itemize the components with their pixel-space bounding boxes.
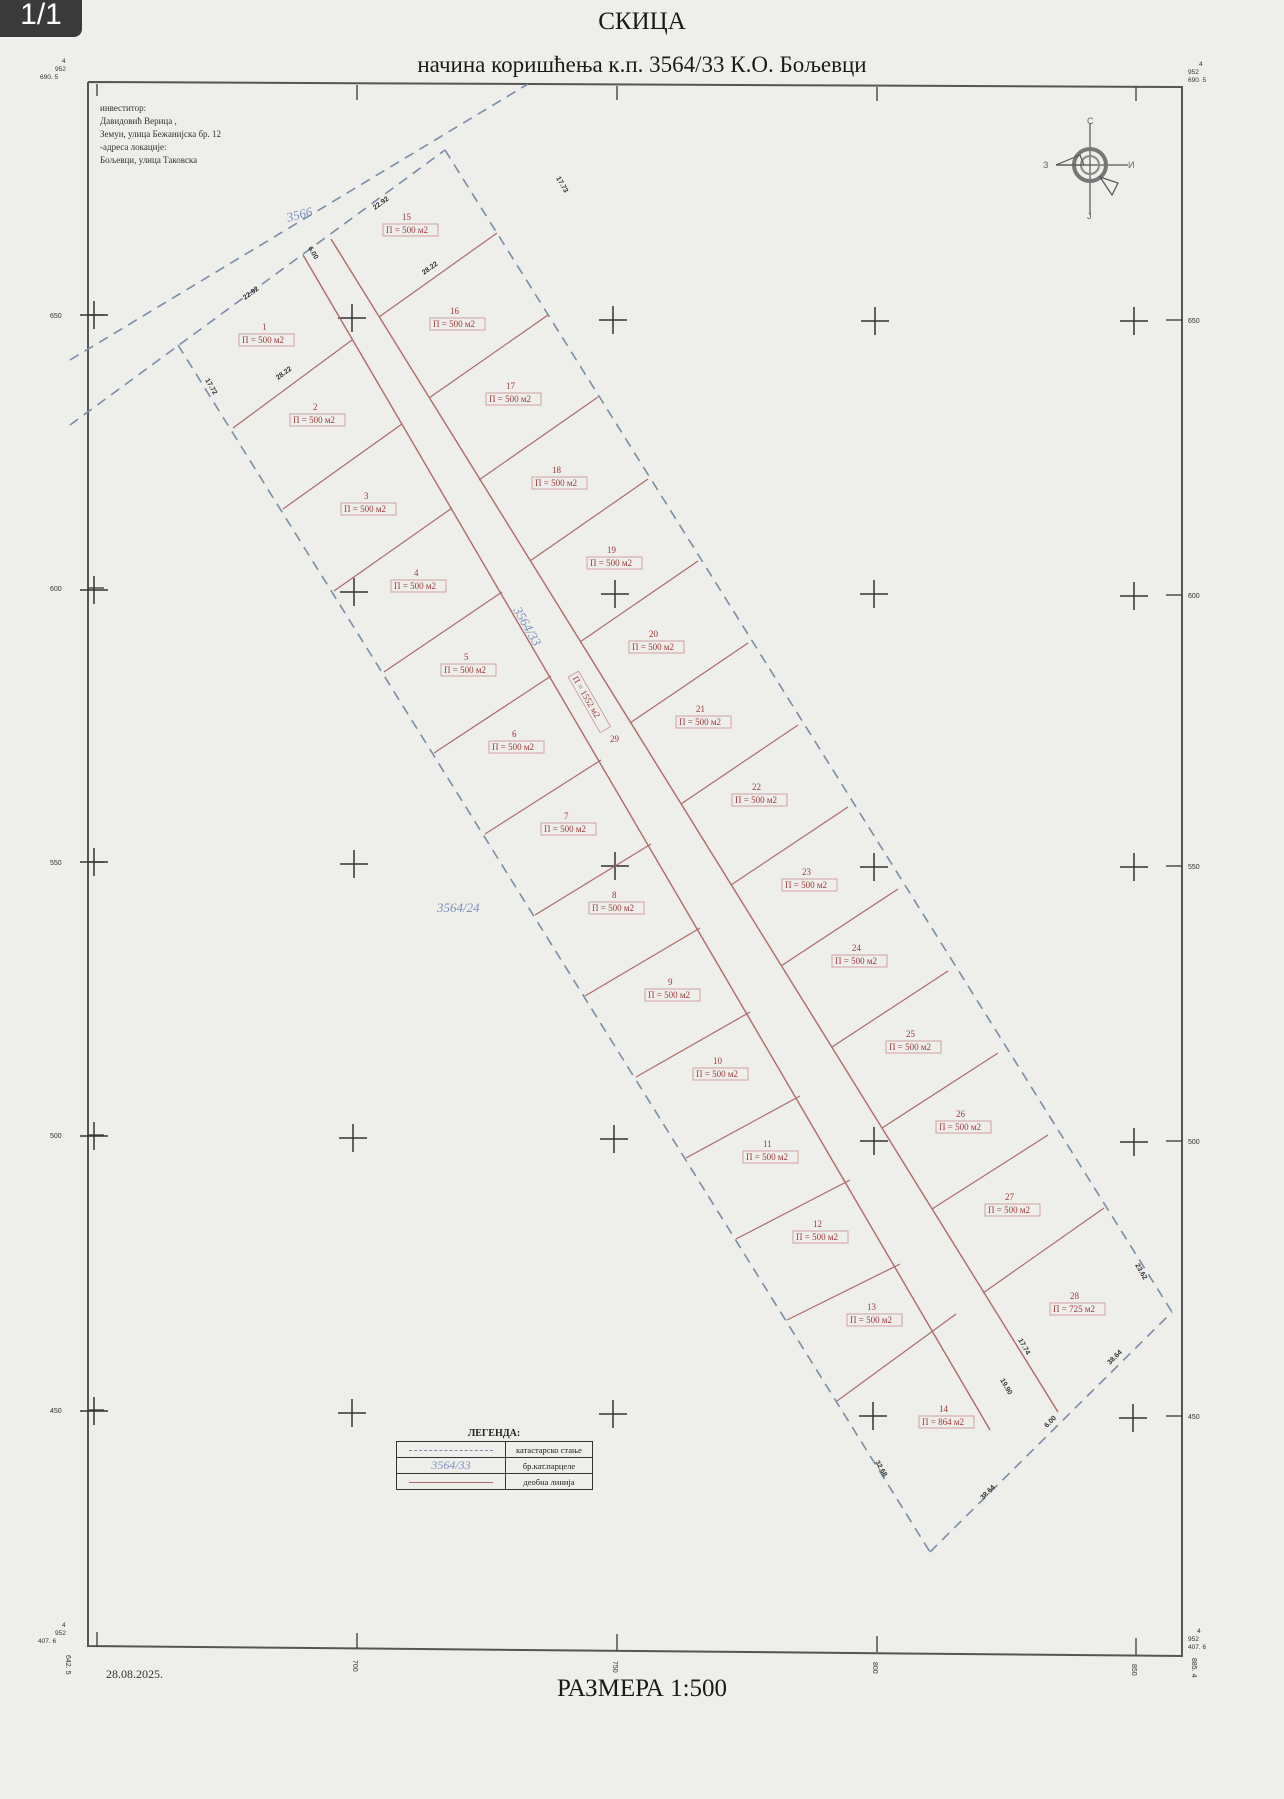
division-lines-left	[233, 340, 956, 1401]
svg-text:П = 500 м2: П = 500 м2	[679, 717, 721, 727]
neighbor-parcel-3566: 3566	[284, 204, 314, 226]
svg-text:18: 18	[552, 465, 562, 475]
parcel-22: 22П = 500 м2	[732, 782, 787, 806]
parcel-2: 2П = 500 м2	[290, 402, 345, 426]
dim-road-last-left: 19.90	[998, 1378, 1013, 1397]
svg-text:П = 500 м2: П = 500 м2	[492, 742, 534, 752]
svg-text:П = 725 м2: П = 725 м2	[1053, 1304, 1095, 1314]
dim-east-last: 23.62	[1133, 1263, 1148, 1282]
parcel-21: 21П = 500 м2	[676, 704, 731, 728]
parcel-15: 15П = 500 м2	[383, 212, 438, 236]
x-label-800: 800	[871, 1662, 878, 1674]
solid-line-symbol	[409, 1482, 493, 1483]
svg-text:П = 500 м2: П = 500 м2	[433, 319, 475, 329]
svg-text:П = 500 м2: П = 500 м2	[746, 1152, 788, 1162]
svg-text:24: 24	[852, 943, 862, 953]
compass-south-label: Ј	[1087, 211, 1092, 221]
parcel-27: 27П = 500 м2	[985, 1192, 1040, 1216]
corner-bl-mid: 952	[55, 1630, 66, 1637]
division-lines-right	[379, 233, 1104, 1293]
parcel-10: 10П = 500 м2	[693, 1056, 748, 1080]
dim-road-end: 6.00	[306, 246, 319, 261]
dim-depth: 17.73	[554, 176, 569, 195]
parcel-16: 16П = 500 м2	[430, 306, 485, 330]
y-label-450-left: 450	[50, 1408, 62, 1415]
y-label-600-left: 600	[50, 586, 62, 593]
y-label-650-left: 650	[50, 313, 62, 320]
svg-text:П = 1552 м2: П = 1552 м2	[571, 674, 603, 719]
svg-text:27: 27	[1005, 1192, 1015, 1202]
parcel-12: 12П = 500 м2	[793, 1219, 848, 1243]
corner-tl-top: 4	[62, 58, 66, 65]
parcel-28: 28П = 725 м2	[1050, 1291, 1105, 1315]
svg-text:П = 500 м2: П = 500 м2	[796, 1232, 838, 1242]
svg-text:П = 500 м2: П = 500 м2	[889, 1042, 931, 1052]
svg-text:П = 864 м2: П = 864 м2	[922, 1417, 964, 1427]
parcel-13: 13П = 500 м2	[847, 1302, 902, 1326]
svg-text:5: 5	[464, 652, 469, 662]
svg-text:7: 7	[564, 811, 569, 821]
svg-text:22: 22	[752, 782, 761, 792]
corner-tr-mid: 952	[1188, 69, 1199, 76]
parcel-17: 17П = 500 м2	[486, 381, 541, 405]
svg-text:14: 14	[939, 1404, 949, 1414]
svg-text:10: 10	[713, 1056, 723, 1066]
parcel-3: 3П = 500 м2	[341, 491, 396, 515]
parcel-6: 6П = 500 м2	[489, 729, 544, 753]
svg-text:П = 500 м2: П = 500 м2	[696, 1069, 738, 1079]
compass-rose-icon	[1056, 123, 1128, 215]
parcel-29: П = 1552 м2 29	[568, 671, 619, 744]
legend-table: катастарско стање 3564/33 бр.кат.парцеле…	[396, 1441, 593, 1490]
corner-br-top: 4	[1197, 1628, 1201, 1635]
svg-text:П = 500 м2: П = 500 м2	[835, 956, 877, 966]
svg-text:П = 500 м2: П = 500 м2	[444, 665, 486, 675]
parcel-9: 9П = 500 м2	[645, 977, 700, 1001]
dim-south-bottom: 38.64	[979, 1484, 996, 1501]
svg-text:16: 16	[450, 306, 460, 316]
svg-text:12: 12	[813, 1219, 822, 1229]
parcel-7: 7П = 500 м2	[541, 811, 596, 835]
dim-road-last: 17.74	[1016, 1338, 1031, 1357]
legend-row-parcel-number: 3564/33 бр.кат.парцеле	[397, 1458, 593, 1474]
svg-text:29: 29	[610, 734, 620, 744]
compass-north-label: С	[1087, 116, 1094, 126]
corner-tl-bot: 690. 5	[40, 74, 58, 81]
svg-text:П = 500 м2: П = 500 м2	[535, 478, 577, 488]
parcel-26: 26П = 500 м2	[936, 1109, 991, 1133]
svg-text:8: 8	[612, 890, 617, 900]
svg-text:21: 21	[696, 704, 705, 714]
dim-width: 28.22	[421, 261, 439, 277]
corner-bl-bot: 407. 6	[38, 1638, 56, 1645]
svg-text:6: 6	[512, 729, 517, 739]
svg-text:20: 20	[649, 629, 659, 639]
svg-text:2: 2	[313, 402, 318, 412]
parcel-5: 5П = 500 м2	[441, 652, 496, 676]
road-parcel-29	[303, 239, 1058, 1430]
svg-text:26: 26	[956, 1109, 966, 1119]
dashed-line-symbol	[409, 1450, 493, 1451]
svg-text:П = 500 м2: П = 500 м2	[394, 581, 436, 591]
svg-text:П = 500 м2: П = 500 м2	[735, 795, 777, 805]
compass-west-label: З	[1043, 160, 1048, 170]
svg-text:17: 17	[506, 381, 516, 391]
x-label-700: 700	[351, 1660, 358, 1672]
svg-text:П = 500 м2: П = 500 м2	[592, 903, 634, 913]
map-scale: РАЗМЕРА 1:500	[0, 1675, 1284, 1703]
parcel-18: 18П = 500 м2	[532, 465, 587, 489]
parcel-4: 4П = 500 м2	[391, 568, 446, 592]
y-label-550-left: 550	[50, 860, 62, 867]
svg-text:4: 4	[414, 568, 419, 578]
y-label-450-right: 450	[1188, 1414, 1200, 1421]
legend-row-division: деобна линија	[397, 1474, 593, 1490]
svg-text:23: 23	[802, 867, 812, 877]
y-label-550-right: 550	[1188, 864, 1200, 871]
road-parcel-ref: 3564/33	[510, 603, 545, 649]
svg-text:25: 25	[906, 1029, 916, 1039]
svg-text:П = 500 м2: П = 500 м2	[489, 394, 531, 404]
svg-text:П = 500 м2: П = 500 м2	[242, 335, 284, 345]
svg-text:19: 19	[607, 545, 617, 555]
svg-text:11: 11	[763, 1139, 772, 1149]
svg-text:П = 500 м2: П = 500 м2	[785, 880, 827, 890]
svg-text:28: 28	[1070, 1291, 1080, 1301]
legend-label: деобна линија	[506, 1474, 593, 1490]
y-label-500-right: 500	[1188, 1139, 1200, 1146]
legend-label: катастарско стање	[506, 1442, 593, 1458]
parcel-23: 23П = 500 м2	[782, 867, 837, 891]
svg-text:1: 1	[262, 322, 267, 332]
dim-north-left: 22.92	[242, 286, 260, 302]
svg-text:П = 500 м2: П = 500 м2	[632, 642, 674, 652]
legend-row-cadastral: катастарско стање	[397, 1442, 593, 1458]
parcel-14: 14П = 864 м2	[919, 1404, 974, 1428]
svg-text:П = 500 м2: П = 500 м2	[590, 558, 632, 568]
corner-tr-top: 4	[1199, 61, 1203, 68]
corner-br-mid: 952	[1188, 1636, 1199, 1643]
cadastral-boundaries	[70, 84, 1172, 1552]
svg-text:15: 15	[402, 212, 412, 222]
svg-text:П = 500 м2: П = 500 м2	[988, 1205, 1030, 1215]
dim-north-right: 22.92	[372, 196, 390, 212]
svg-text:П = 500 м2: П = 500 м2	[648, 990, 690, 1000]
svg-text:13: 13	[867, 1302, 877, 1312]
svg-text:П = 500 м2: П = 500 м2	[939, 1122, 981, 1132]
parcel-8: 8П = 500 м2	[589, 890, 644, 914]
dim-south-left: 32.68	[873, 1460, 888, 1479]
svg-text:П = 500 м2: П = 500 м2	[344, 504, 386, 514]
svg-text:3: 3	[364, 491, 369, 501]
compass-east-label: И	[1128, 160, 1134, 170]
parcel-1: 1П = 500 м2	[239, 322, 294, 346]
svg-text:П = 500 м2: П = 500 м2	[293, 415, 335, 425]
frame-ticks	[88, 84, 1182, 1655]
dim-width: 28.22	[275, 366, 293, 382]
dim-depth: 17.72	[203, 378, 218, 397]
parcel-20: 20П = 500 м2	[629, 629, 684, 653]
parcel-labels: 1П = 500 м2 2П = 500 м2 3П = 500 м2 4П =…	[239, 212, 1105, 1428]
svg-text:П = 500 м2: П = 500 м2	[386, 225, 428, 235]
corner-bl-top: 4	[62, 1622, 66, 1629]
parcel-24: 24П = 500 м2	[832, 943, 887, 967]
svg-text:П = 500 м2: П = 500 м2	[850, 1315, 892, 1325]
y-label-600-right: 600	[1188, 593, 1200, 600]
legend-title: ЛЕГЕНДА:	[396, 1428, 592, 1439]
map-frame	[88, 82, 1182, 1656]
corner-tl-mid: 952	[55, 66, 66, 73]
corner-tr-bot: 690. 5	[1188, 77, 1206, 84]
legend-label: бр.кат.парцеле	[506, 1458, 593, 1474]
svg-text:П = 500 м2: П = 500 м2	[544, 824, 586, 834]
legend: ЛЕГЕНДА: катастарско стање 3564/33 бр.ка…	[396, 1428, 593, 1490]
parcel-number-symbol: 3564/33	[431, 1458, 470, 1472]
parcel-19: 19П = 500 м2	[587, 545, 642, 569]
x-label-750: 750	[611, 1661, 618, 1673]
corner-br-bot: 407. 6	[1188, 1644, 1206, 1651]
svg-text:9: 9	[668, 977, 673, 987]
neighbor-parcel-3564-24: 3564/24	[436, 900, 480, 915]
parcel-11: 11П = 500 м2	[743, 1139, 798, 1163]
y-label-500-left: 500	[50, 1133, 62, 1140]
dim-south-right: 38.64	[1106, 1349, 1123, 1366]
cadastral-map: С Ј З И 3566 3564/24 3564/33 650 600 550…	[0, 0, 1284, 1799]
parcel-25: 25П = 500 м2	[886, 1029, 941, 1053]
y-label-650-right: 650	[1188, 318, 1200, 325]
x-label-left-corner: 642. 5	[64, 1655, 71, 1675]
